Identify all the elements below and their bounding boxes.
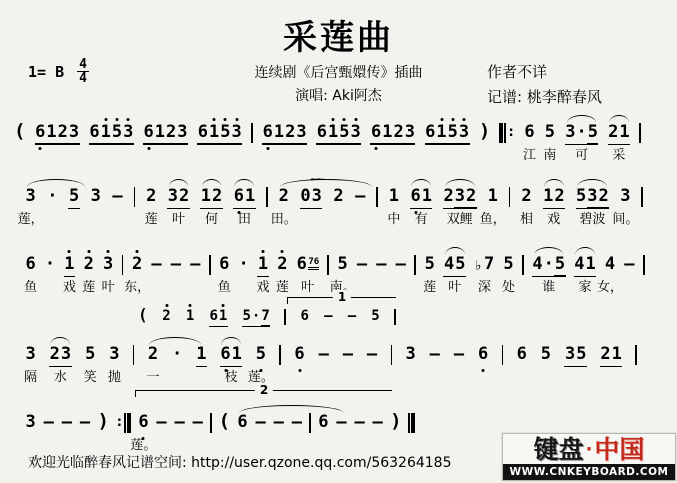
note-char: – — [429, 344, 440, 366]
note-cell: 6 — [516, 334, 527, 366]
note-cell: 532碧波 — [576, 176, 610, 209]
note-char: 2 — [285, 122, 296, 145]
lyric: 叶 — [448, 276, 461, 295]
bar-line — [522, 255, 524, 275]
note-char: 3 — [123, 122, 134, 145]
parenthesis: ) — [97, 411, 108, 431]
note-char: 2 — [443, 186, 454, 209]
note-char: 6 — [237, 412, 248, 434]
note-digits: – — [624, 254, 635, 276]
note-digits: 6153 — [89, 122, 134, 145]
note-cell: 61田 — [233, 176, 256, 209]
note-char: · — [576, 122, 587, 145]
note-char: 2 — [554, 186, 565, 209]
note-digits: 3 — [90, 186, 101, 208]
lyric: 莲。 — [130, 434, 156, 453]
note-char: 5 — [455, 254, 466, 277]
score-line-2: 3莲，·53–2莲32叶12何61田2田。~~032–1中61有232双鲤1鱼，… — [25, 176, 643, 209]
lyric: 莲， — [18, 208, 44, 227]
note-char: – — [318, 344, 329, 366]
note-char: 6 — [516, 344, 527, 366]
note-cell: 12何 — [200, 176, 223, 209]
note-cell: 61有 — [410, 176, 433, 209]
lyric: 有 — [415, 208, 428, 227]
note-cell: ~~03 — [300, 176, 323, 209]
lyric: 何 — [205, 208, 218, 227]
note-char: 1 — [64, 254, 75, 277]
watermark-brand-right: 中国 — [594, 435, 644, 464]
note-digits: – — [174, 412, 185, 434]
note-digits: 5 — [85, 344, 96, 366]
note-digits: 4 — [604, 254, 615, 276]
note-digits: 3 — [103, 254, 114, 276]
note-char: 1 — [382, 122, 393, 145]
note-char: 5 — [220, 122, 231, 145]
note-char: 3 — [109, 344, 120, 366]
note-char: 3 — [25, 186, 36, 208]
note-cell: 6 — [478, 334, 489, 366]
notator-credit: 记谱: 桃李醉春风 — [487, 85, 602, 110]
parenthesis: ) — [390, 411, 401, 431]
lyric: 鱼 — [218, 276, 231, 295]
note-char: 5 — [85, 344, 96, 366]
note-cell: 5笑 — [85, 334, 96, 366]
note-char: – — [355, 186, 366, 208]
note-digits: 676 — [296, 254, 319, 276]
note-digits: 2 — [162, 308, 171, 326]
note-char: 2 — [212, 186, 223, 209]
note-digits: 5 — [424, 254, 435, 276]
note-char: 2 — [132, 254, 143, 276]
note-cell: 1鱼， — [487, 176, 498, 208]
lyric: 东， — [124, 276, 150, 295]
bar-line — [643, 255, 645, 275]
note-char: 2 — [521, 186, 532, 208]
note-digits: 6123 — [143, 122, 188, 145]
note-digits: 5 — [337, 254, 348, 276]
note-digits: 32 — [167, 186, 190, 209]
bar-line — [376, 187, 378, 207]
bar-line — [639, 123, 641, 143]
repeat-dots: : — [116, 415, 123, 431]
note-digits: 61 — [233, 186, 256, 209]
note-cell: – — [61, 402, 72, 434]
note-char: 3 — [587, 186, 598, 209]
note-char: 3 — [620, 186, 631, 208]
note-char: 5 — [371, 308, 380, 326]
note-cell: 2莲 — [83, 244, 94, 276]
note-char: · — [238, 254, 249, 276]
note-cell: 3莲， — [25, 176, 36, 208]
note-char: · — [251, 308, 260, 327]
bar-line — [309, 413, 311, 433]
note-char: 0 — [300, 186, 311, 209]
note-cell: – — [372, 402, 383, 434]
note-digits: 6153 — [425, 122, 470, 145]
note-char: 2 — [162, 308, 171, 326]
note-digits: 232 — [443, 186, 477, 209]
note-digits: – — [429, 344, 440, 366]
note-char: 1 — [244, 186, 255, 209]
note-cell: 5处 — [503, 244, 514, 276]
lyric: 莲 — [276, 276, 289, 295]
repeat-end-sign: : — [116, 413, 131, 433]
note-digits: – — [347, 308, 356, 326]
note-char: 2 — [49, 344, 60, 367]
note-cell: 3 — [25, 402, 36, 434]
note-cell: – — [190, 244, 201, 276]
note-cell: · — [172, 334, 183, 366]
note-digits: – — [336, 412, 347, 434]
note-digits: 1 — [257, 254, 268, 277]
note-cell: 6 — [318, 402, 329, 434]
lyric: 女， — [597, 276, 623, 295]
note-char: 5 — [242, 308, 251, 327]
note-char: 3 — [404, 122, 415, 145]
note-cell: 6鱼 — [219, 244, 230, 276]
right-credits: 作者不详 记谱: 桃李醉春风 — [487, 60, 602, 110]
note-char: – — [273, 412, 284, 434]
bar-line — [251, 123, 253, 143]
watermark-brand-left: 键盘 — [534, 435, 584, 464]
note-cell: 21 — [600, 334, 623, 367]
parenthesis: ( — [219, 411, 230, 431]
note-digits: – — [170, 254, 181, 276]
note-char: 1 — [619, 122, 630, 145]
final-bar-sign — [408, 413, 415, 433]
note-char: 6 — [89, 122, 100, 145]
note-cell: – — [174, 402, 185, 434]
note-char: 1 — [231, 344, 242, 367]
note-cell: 6莲。 — [138, 402, 149, 434]
note-cell: 6江 — [524, 112, 535, 144]
note-char: 5 — [255, 344, 266, 366]
note-digits: – — [355, 186, 366, 208]
note-char: – — [356, 254, 367, 276]
note-char: 3 — [60, 344, 71, 367]
note-char: – — [342, 344, 353, 366]
note-cell: – — [156, 402, 167, 434]
note-digits: – — [318, 344, 329, 366]
note-cell: 5·7 — [242, 300, 270, 327]
note-cell: – — [336, 402, 347, 434]
note-char: – — [372, 412, 383, 434]
bar-line — [327, 255, 329, 275]
note-digits: 6153 — [316, 122, 361, 145]
note-digits: – — [43, 412, 54, 434]
lyric: 可 — [575, 144, 588, 163]
score-line-1: (61236153612361536123615361236153):6江5南3… — [14, 112, 641, 145]
note-char: – — [347, 308, 356, 326]
note-digits: 3·5 — [565, 122, 599, 145]
note-digits: 2 — [278, 186, 289, 208]
note-cell: – — [429, 334, 440, 366]
note-digits: 1 — [64, 254, 75, 277]
note-char: 3 — [350, 122, 361, 145]
note-cell: · — [238, 244, 249, 276]
note-digits: – — [190, 254, 201, 276]
note-cell: 5 — [68, 176, 79, 209]
score-line-4-second-voice: (21615·76––5 — [138, 300, 396, 327]
note-char: 6 — [25, 254, 36, 276]
note-cell: 2 — [333, 176, 344, 208]
lyric: 双鲤 — [447, 208, 473, 227]
volta-label: 2 — [255, 383, 273, 398]
note-char: – — [336, 412, 347, 434]
note-char: 5 — [339, 122, 350, 145]
note-char: 5 — [447, 122, 458, 145]
note-digits: 61 — [220, 344, 243, 367]
note-char: 1 — [543, 186, 554, 209]
composer-credit: 作者不详 — [487, 60, 602, 85]
note-digits: · — [44, 254, 55, 276]
lyric: 田。 — [271, 208, 297, 227]
note-char: – — [376, 254, 387, 276]
note-digits: 6 — [237, 412, 248, 434]
lyric: 深 — [478, 276, 491, 295]
note-cell: 3 — [405, 334, 416, 366]
note-digits: 6 — [478, 344, 489, 366]
repeat-start-sign: : — [499, 123, 514, 143]
bar-line — [284, 309, 286, 325]
parenthesis: ( — [14, 121, 25, 141]
note-digits: · — [172, 344, 183, 366]
note-char: 6 — [370, 122, 381, 145]
note-char: – — [112, 186, 123, 208]
note-char: 6 — [425, 122, 436, 145]
note-cell: 3·5可 — [565, 112, 599, 145]
note-char: 5 — [540, 344, 551, 366]
note-digits: – — [112, 186, 123, 208]
note-digits: – — [291, 412, 302, 434]
song-title: 采莲曲 — [0, 10, 677, 59]
bar-line — [134, 187, 136, 207]
note-char: · — [47, 186, 58, 208]
note-cell: 6153 — [316, 112, 361, 145]
lyric: 戏 — [547, 208, 560, 227]
note-char: 2 — [146, 186, 157, 208]
lyric: 谁 — [542, 276, 555, 295]
note-digits: 5 — [371, 308, 380, 326]
lyric: 叶 — [172, 208, 185, 227]
note-char: 1 — [154, 122, 165, 145]
note-char: – — [151, 254, 162, 276]
note-char: 3 — [405, 344, 416, 366]
note-cell: – — [79, 402, 90, 434]
note-digits: 5 — [68, 186, 79, 209]
watermark-box: 键盘 · 中国 WWW.CNKEYBOARD.COM — [502, 433, 676, 481]
note-char: 4 — [443, 254, 454, 277]
note-char: 3 — [296, 122, 307, 145]
lyric: 莲 — [82, 276, 95, 295]
note-cell: 2莲 — [146, 176, 157, 208]
note-digits: 03 — [300, 186, 323, 209]
note-digits: – — [376, 254, 387, 276]
note-digits: 6 — [294, 344, 305, 366]
note-cell: 1中 — [388, 176, 399, 208]
note-cell: 5 — [540, 334, 551, 366]
note-char: 6 — [233, 186, 244, 209]
note-cell: – — [624, 244, 635, 276]
bar-line — [133, 345, 135, 365]
note-digits: 3 — [25, 186, 36, 208]
note-char: 3 — [167, 186, 178, 209]
note-char: 1 — [200, 186, 211, 209]
note-char: – — [324, 308, 333, 326]
thick-bar — [127, 413, 131, 433]
note-char: 6 — [143, 122, 154, 145]
note-cell: 6123 — [143, 112, 188, 145]
note-char: 2 — [393, 122, 404, 145]
note-digits: 5 — [540, 344, 551, 366]
note-cell: 21采 — [608, 112, 631, 145]
note-char: 3 — [25, 412, 36, 434]
note-char: – — [192, 412, 203, 434]
note-digits: ♭7 — [474, 254, 495, 276]
note-digits: 6 — [300, 308, 309, 326]
lyric: 处 — [502, 276, 515, 295]
note-cell: 12戏 — [543, 176, 566, 209]
lyric: 水 — [54, 366, 67, 385]
note-char: 2 — [600, 344, 611, 367]
note-digits: 12 — [200, 186, 223, 209]
grace-notes: 76 — [308, 257, 319, 270]
note-digits: 6 — [138, 412, 149, 434]
note-digits: – — [151, 254, 162, 276]
bar-line — [210, 413, 212, 433]
note-char: 5 — [544, 122, 555, 144]
note-char: – — [624, 254, 635, 276]
note-cell: 1 — [196, 334, 207, 367]
note-cell: 2 — [162, 300, 171, 326]
note-cell: 676叶 — [296, 244, 319, 276]
note-cell: – — [354, 402, 365, 434]
parenthesis: ) — [479, 121, 490, 141]
note-digits: – — [356, 254, 367, 276]
note-char: – — [255, 412, 266, 434]
lyric: 碧波 — [579, 208, 605, 227]
bar-line — [394, 309, 396, 325]
note-char: 6 — [316, 122, 327, 145]
note-char: 1 — [421, 186, 432, 209]
note-char: 6 — [478, 344, 489, 366]
note-cell: 61 — [209, 300, 228, 327]
lyric: 间。 — [612, 208, 638, 227]
note-digits: 1 — [388, 186, 399, 208]
note-cell: – — [376, 244, 387, 276]
note-cell: 6123 — [35, 112, 80, 145]
note-digits: – — [366, 344, 377, 366]
score-line-4: 3隔23水5笑3抛2一·161枝5莲。6–––3––6653521 — [25, 334, 637, 367]
note-char: 1 — [185, 308, 194, 326]
note-digits: 6 — [524, 122, 535, 144]
note-cell: – — [291, 402, 302, 434]
note-digits: 1 — [487, 186, 498, 208]
note-cell: 3隔 — [25, 334, 36, 366]
note-digits: 532 — [576, 186, 610, 209]
note-digits: 6123 — [35, 122, 80, 145]
note-char: 2 — [465, 186, 476, 209]
note-digits: 2 — [146, 186, 157, 208]
note-char: 5 — [337, 254, 348, 276]
volta-label: 1 — [333, 290, 351, 305]
bar-line — [391, 345, 393, 365]
note-cell: 2一 — [147, 334, 158, 366]
note-digits: 6153 — [197, 122, 242, 145]
note-char: – — [170, 254, 181, 276]
note-cell: 1戏 — [257, 244, 268, 277]
note-char: 4 — [604, 254, 615, 276]
note-digits: 2 — [277, 254, 288, 276]
note-cell: 6153 — [89, 112, 134, 145]
note-cell: 6123 — [262, 112, 307, 145]
lyric: 家 — [579, 276, 592, 295]
thick-bar — [411, 413, 415, 433]
bar-line — [266, 187, 268, 207]
volta-bracket-2: 2 — [135, 390, 392, 397]
note-digits: – — [61, 412, 72, 434]
note-cell: – — [366, 334, 377, 366]
note-char: 2 — [166, 122, 177, 145]
note-char: 3 — [68, 122, 79, 145]
note-char: 3 — [454, 186, 465, 209]
note-char: 1 — [611, 344, 622, 367]
note-char: – — [190, 254, 201, 276]
note-char: 6 — [209, 308, 218, 327]
bar-line — [641, 187, 643, 207]
note-char: – — [366, 344, 377, 366]
note-cell: 6153 — [197, 112, 242, 145]
note-cell: – — [170, 244, 181, 276]
note-cell: 6鱼 — [25, 244, 36, 276]
watermark-dot-icon: · — [584, 435, 595, 464]
note-char: 1 — [46, 122, 57, 145]
thin-bar — [124, 413, 126, 433]
note-digits: 21 — [600, 344, 623, 367]
note-char: 1 — [196, 344, 207, 367]
flat-sign: ♭ — [474, 256, 482, 276]
note-char: 5 — [587, 122, 598, 145]
repeat-dots: : — [507, 125, 514, 141]
parenthesis: ( — [138, 307, 148, 323]
note-digits: 3 — [620, 186, 631, 208]
note-cell: 6153 — [425, 112, 470, 145]
note-char: 2 — [278, 186, 289, 208]
note-char: 6 — [300, 308, 309, 326]
trill-mark: ~~ — [310, 174, 323, 185]
bar-line — [635, 345, 637, 365]
note-char: 3 — [565, 122, 576, 145]
bar-line — [122, 255, 124, 275]
note-cell: 3 — [90, 176, 101, 208]
note-char: 6 — [294, 344, 305, 366]
note-cell: – — [43, 402, 54, 434]
lyric: 田 — [238, 208, 251, 227]
lyric: 中 — [387, 208, 400, 227]
lyric: 相 — [520, 208, 533, 227]
note-char: 1 — [436, 122, 447, 145]
note-char: 3 — [311, 186, 322, 209]
note-char: 2 — [179, 186, 190, 209]
note-cell: – — [151, 244, 162, 276]
note-cell: 5南。 — [337, 244, 348, 276]
note-char: 2 — [608, 122, 619, 145]
note-cell: – — [273, 402, 284, 434]
note-cell: – — [112, 176, 123, 208]
note-cell: 4女， — [604, 244, 615, 276]
watermark-url: WWW.CNKEYBOARD.COM — [503, 464, 675, 480]
lyric: 一 — [146, 366, 159, 385]
